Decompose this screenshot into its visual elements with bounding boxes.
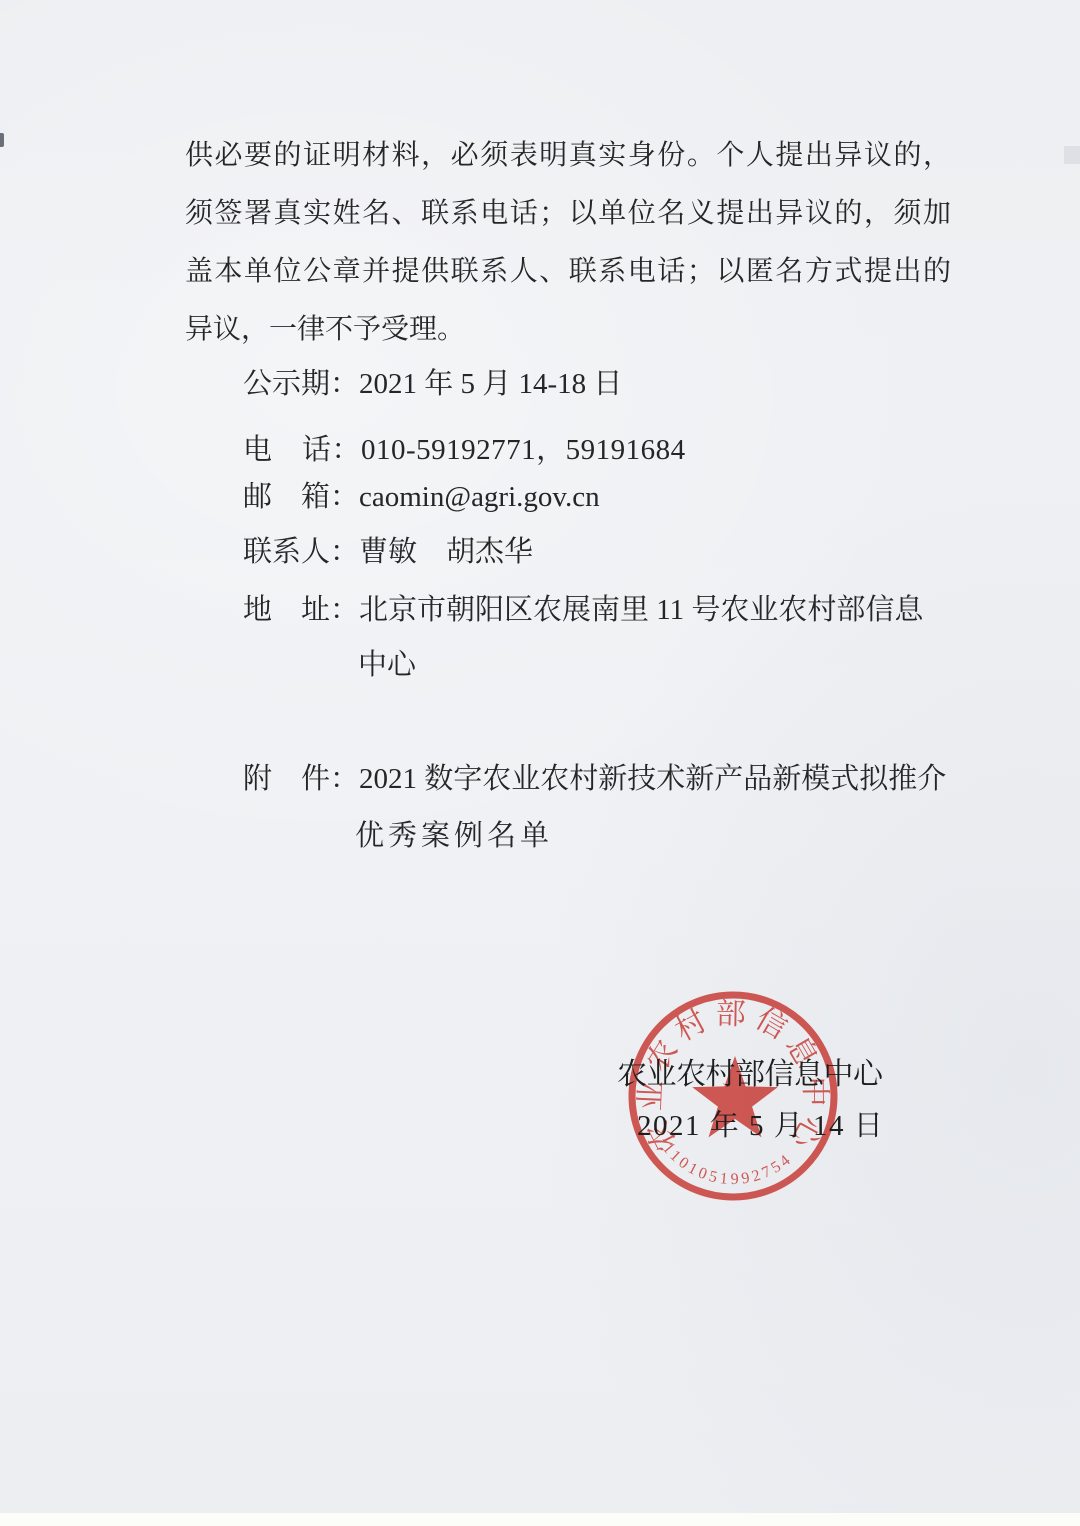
attachment-line-2: 优秀案例名单 — [355, 819, 553, 853]
signature-org: 农业农村部信息中心 — [617, 1049, 883, 1093]
email-line: 邮 箱：caomin@agri.gov.cn — [243, 480, 600, 514]
attachment-line-1: 附 件：2021 数字农业农村新技术新产品新模式拟推介 — [243, 762, 946, 796]
phone-line: 电 话：010-59192771，59191684 — [243, 433, 686, 467]
scan-artifact-right-edge — [1064, 146, 1080, 164]
address-line-1: 地 址：北京市朝阳区农展南里 11 号农业农村部信息 — [243, 593, 923, 627]
body-line: 须签署真实姓名、联系电话；以单位名义提出异议的，须加 — [185, 185, 951, 243]
signature-date: 2021 年 5 月 14 日 — [637, 1103, 884, 1144]
scanned-document-page: 供必要的证明材料，必须表明真实身份。个人提出异议的， 须签署真实姓名、联系电话；… — [0, 0, 1080, 1526]
address-line-2: 中心 — [358, 648, 416, 682]
contacts-line: 联系人：曹敏 胡杰华 — [243, 535, 533, 569]
body-line: 异议，一律不予受理。 — [185, 301, 951, 359]
scan-artifact-left-edge — [0, 133, 4, 147]
official-seal: 农业农村部信息中心 1101051992754 — [618, 981, 848, 1211]
publicity-period-line: 公示期：2021 年 5 月 14-18 日 — [243, 367, 622, 401]
body-paragraph: 供必要的证明材料，必须表明真实身份。个人提出异议的， 须签署真实姓名、联系电话；… — [185, 127, 951, 359]
scan-bottom-edge — [0, 1513, 1080, 1526]
body-line: 盖本单位公章并提供联系人、联系电话；以匿名方式提出的 — [185, 243, 951, 301]
body-line: 供必要的证明材料，必须表明真实身份。个人提出异议的， — [185, 127, 951, 185]
